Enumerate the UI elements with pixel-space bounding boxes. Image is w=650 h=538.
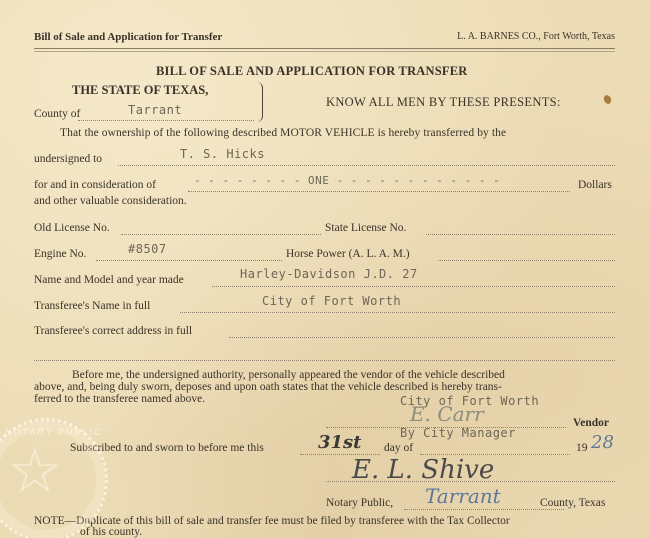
notary-seal: NOTARY PUBLIC ☆ <box>0 418 108 538</box>
transferee-name-value[interactable]: City of Fort Worth <box>262 294 401 308</box>
note-line-2: of his county. <box>80 526 142 538</box>
vendor-signature[interactable]: E. Carr <box>410 402 484 426</box>
seal-text: NOTARY PUBLIC <box>5 427 103 437</box>
ink-stain <box>602 94 612 105</box>
transferee-name-label: Transferee's Name in full <box>34 300 150 312</box>
model-value[interactable]: Harley-Davidson J.D. 27 <box>240 267 418 281</box>
consideration-line <box>188 191 570 192</box>
state-license-label: State License No. <box>325 222 406 234</box>
undersigned-label: undersigned to <box>34 153 102 165</box>
notary-county-value[interactable]: Tarrant <box>425 484 501 508</box>
engine-label: Engine No. <box>34 248 86 260</box>
year-prefix: 19 <box>576 442 588 454</box>
transferee-address-label: Transferee's correct address in full <box>34 325 192 337</box>
star-icon: ☆ <box>7 441 63 503</box>
state-label: THE STATE OF TEXAS, <box>72 83 208 98</box>
by-city-manager: By City Manager <box>400 426 516 440</box>
county-line <box>78 120 254 121</box>
transferee-name-line <box>180 312 615 313</box>
intro-text: That the ownership of the following desc… <box>60 127 506 139</box>
affidavit-line-1: Before me, the undersigned authority, pe… <box>72 369 505 381</box>
notary-public-label: Notary Public, <box>326 497 393 509</box>
undersigned-line <box>118 165 615 166</box>
header-rule <box>34 48 615 52</box>
day-value[interactable]: 31st <box>318 432 362 453</box>
dollars-label: Dollars <box>578 179 612 191</box>
affidavit-line-3: ferred to the transferee named above. <box>34 393 205 405</box>
engine-value[interactable]: #8507 <box>128 242 167 256</box>
state-license-line[interactable] <box>426 234 615 235</box>
horse-power-label: Horse Power (A. L. A. M.) <box>286 248 410 260</box>
other-consideration: and other valuable consideration. <box>34 195 187 207</box>
year-value[interactable]: 28 <box>591 432 614 453</box>
horse-power-line[interactable] <box>438 260 615 261</box>
model-label: Name and Model and year made <box>34 274 184 286</box>
engine-line <box>96 260 282 261</box>
notary-county-line <box>404 509 564 510</box>
vendor-label: Vendor <box>573 417 609 429</box>
printer-name: L. A. BARNES CO., Fort Worth, Texas <box>457 31 615 42</box>
model-line <box>212 286 615 287</box>
consideration-value[interactable]: - - - - - - - - ONE - - - - - - - - - - … <box>194 174 500 187</box>
form-header-title: Bill of Sale and Application for Transfe… <box>34 31 222 43</box>
day-of-label: day of <box>384 442 413 454</box>
undersigned-value[interactable]: T. S. Hicks <box>180 147 265 161</box>
notary-signature-line <box>326 481 615 482</box>
transferee-address-line[interactable] <box>229 337 615 338</box>
county-texas-label: County, Texas <box>540 497 605 509</box>
know-all-men: KNOW ALL MEN BY THESE PRESENTS: <box>326 95 561 110</box>
consideration-label: for and in consideration of <box>34 179 156 191</box>
county-label: County of <box>34 108 80 120</box>
old-license-line[interactable] <box>121 234 321 235</box>
county-value[interactable]: Tarrant <box>128 103 182 117</box>
transferee-address-line-2[interactable] <box>34 360 615 361</box>
brace <box>256 82 263 122</box>
document-title: BILL OF SALE AND APPLICATION FOR TRANSFE… <box>156 64 468 79</box>
old-license-label: Old License No. <box>34 222 110 234</box>
affidavit-line-2: above, and, being duly sworn, deposes an… <box>34 381 502 393</box>
